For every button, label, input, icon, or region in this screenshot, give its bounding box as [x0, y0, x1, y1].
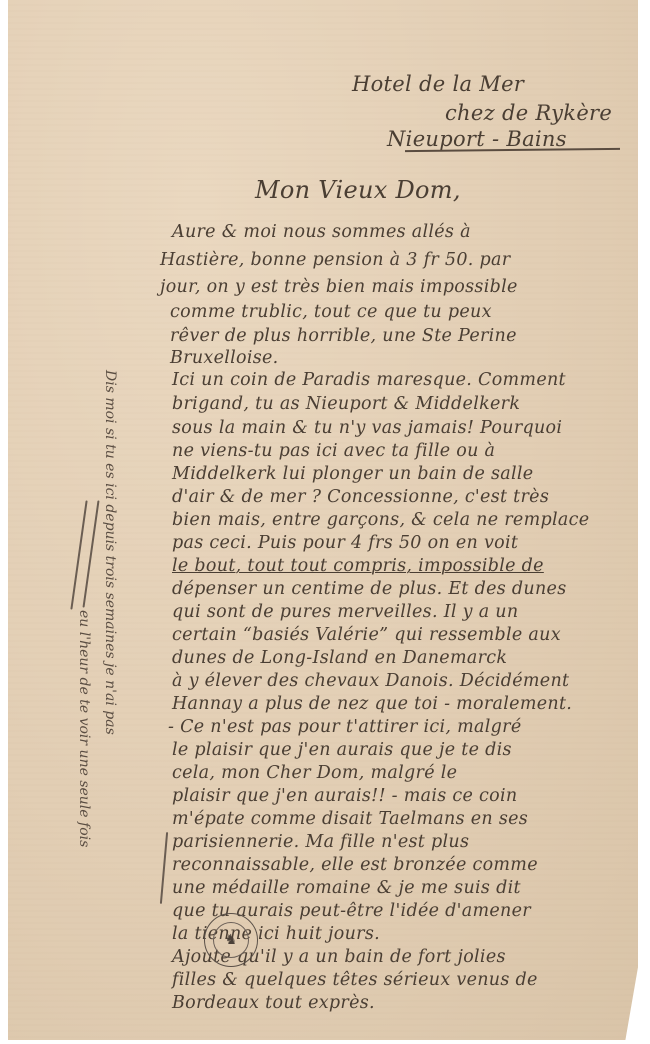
- body-line: Bordeaux tout exprès.: [172, 993, 375, 1013]
- address-line-3: Nieuport - Bains: [387, 127, 567, 151]
- body-line: sous la main & tu n'y vas jamais! Pourqu…: [172, 418, 562, 438]
- body-line: filles & quelques têtes sérieux venus de: [172, 970, 538, 990]
- body-line: certain “basiés Valérie” qui ressemble a…: [172, 625, 561, 645]
- lion-seal-icon: ♞: [213, 922, 249, 958]
- body-line: Middelkerk lui plonger un bain de salle: [172, 464, 533, 484]
- margin-note-1: Dis moi si tu es ici depuis trois semain…: [102, 370, 118, 735]
- body-line: reconnaissable, elle est bronzée comme: [172, 855, 538, 875]
- body-line: - Ce n'est pas pour t'attirer ici, malgr…: [168, 717, 521, 737]
- body-line: pas ceci. Puis pour 4 frs 50 on en voit: [172, 533, 518, 553]
- body-line: une médaille romaine & je me suis dit: [172, 878, 521, 898]
- body-line: dunes de Long-Island en Danemarck: [172, 648, 507, 668]
- body-line: ne viens-tu pas ici avec ta fille ou à: [172, 441, 495, 461]
- body-line: jour, on y est très bien mais impossible: [160, 277, 518, 297]
- address-line-2: chez de Rykère: [445, 101, 612, 125]
- body-line: dépenser un centime de plus. Et des dune…: [172, 579, 566, 599]
- address-line-1: Hotel de la Mer: [352, 72, 524, 96]
- body-line: le plaisir que j'en aurais que je te dis: [172, 740, 512, 760]
- body-line: Aure & moi nous sommes allés à: [172, 222, 471, 242]
- body-line: m'épate comme disait Taelmans en ses: [172, 809, 528, 829]
- body-line: d'air & de mer ? Concessionne, c'est trè…: [172, 487, 549, 507]
- body-line: rêver de plus horrible, une Ste Perine: [170, 326, 517, 346]
- body-line: Hastière, bonne pension à 3 fr 50. par: [160, 250, 510, 270]
- body-line: cela, mon Cher Dom, malgré le: [172, 763, 457, 783]
- salutation: Mon Vieux Dom,: [255, 176, 461, 204]
- library-stamp: ♞: [204, 913, 258, 967]
- body-line: à y élever des chevaux Danois. Décidémen…: [172, 671, 569, 691]
- body-line: brigand, tu as Nieuport & Middelkerk: [172, 394, 520, 414]
- body-line: comme trublic, tout ce que tu peux: [170, 302, 492, 322]
- body-line: Bruxelloise.: [170, 348, 279, 368]
- body-line: bien mais, entre garçons, & cela ne remp…: [172, 510, 589, 530]
- body-line: le bout, tout tout compris, impossible d…: [172, 556, 544, 576]
- body-line: qui sont de pures merveilles. Il y a un: [172, 602, 518, 622]
- body-line: parisiennerie. Ma fille n'est plus: [172, 832, 469, 852]
- body-line: plaisir que j'en aurais!! - mais ce coin: [172, 786, 517, 806]
- margin-note-2: eu l'heur de te voir une seule fois: [76, 610, 92, 847]
- body-line: Hannay a plus de nez que toi - moralemen…: [172, 694, 572, 714]
- body-line: Ici un coin de Paradis maresque. Comment: [172, 370, 566, 390]
